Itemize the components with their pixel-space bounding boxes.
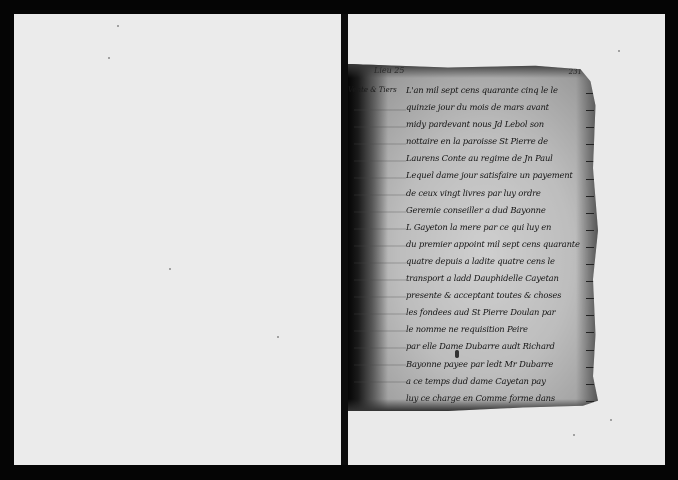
margin-note: Vente & Tiers (348, 86, 408, 95)
manuscript-line: Geremie conseiller a dud Bayonne (406, 202, 594, 219)
manuscript-text-body: L'an mil sept cens quarante cinq le le q… (406, 82, 594, 411)
manuscript-line: luy ce charge en Comme forme dans (406, 390, 594, 407)
manuscript-line: L'an mil sept cens quarante cinq le le (406, 82, 594, 99)
paper-speck (108, 57, 110, 59)
page-gutter-divider (341, 14, 348, 465)
manuscript-line: le nomme ne requisition Peire (406, 321, 594, 338)
paper-speck (618, 50, 620, 52)
paper-speck (277, 336, 279, 338)
manuscript-line: a ce temps dud dame Cayetan pay (406, 373, 594, 390)
manuscript-line: les fondees aud St Pierre Doulan par (406, 304, 594, 321)
manuscript-line: midy pardevant nous Jd Lebol son (406, 116, 594, 133)
manuscript-line: transport a ladd Dauphidelle Cayetan (406, 270, 594, 287)
folio-label: Lieu 25 (374, 66, 404, 75)
manuscript-line: Bayonne payee par ledt Mr Dubarre (406, 356, 594, 373)
paper-speck (117, 25, 119, 27)
manuscript-line: par elle Dame Dubarre audt Richard (406, 338, 594, 355)
paper-speck (573, 434, 575, 436)
manuscript-line: Laurens Conte au regime de Jn Paul (406, 150, 594, 167)
manuscript-line: quatre depuis a ladite quatre cens le (406, 253, 594, 270)
paper-speck (169, 268, 171, 270)
left-page-blank (14, 14, 341, 465)
manuscript-line: nottaire en la paroisse St Pierre de (406, 133, 594, 150)
paper-speck (610, 419, 612, 421)
ink-stain (455, 350, 459, 358)
manuscript-line: quinzie jour du mois de mars avant (406, 99, 594, 116)
manuscript-line: du premier appoint mil sept cens quarant… (406, 236, 594, 253)
manuscript-sheet: Lieu 25 231 Vente & Tiers L'an mil sept … (348, 64, 598, 411)
manuscript-line: Lequel dame jour satisfaire un payement (406, 167, 594, 184)
manuscript-line: presente & acceptant toutes & choses (406, 287, 594, 304)
manuscript-line: L Gayeton la mere par ce qui luy en (406, 219, 594, 236)
folio-number: 231 (569, 68, 582, 76)
manuscript-line: de ceux vingt livres par luy ordre (406, 185, 594, 202)
bleed-through-lines (354, 94, 406, 394)
